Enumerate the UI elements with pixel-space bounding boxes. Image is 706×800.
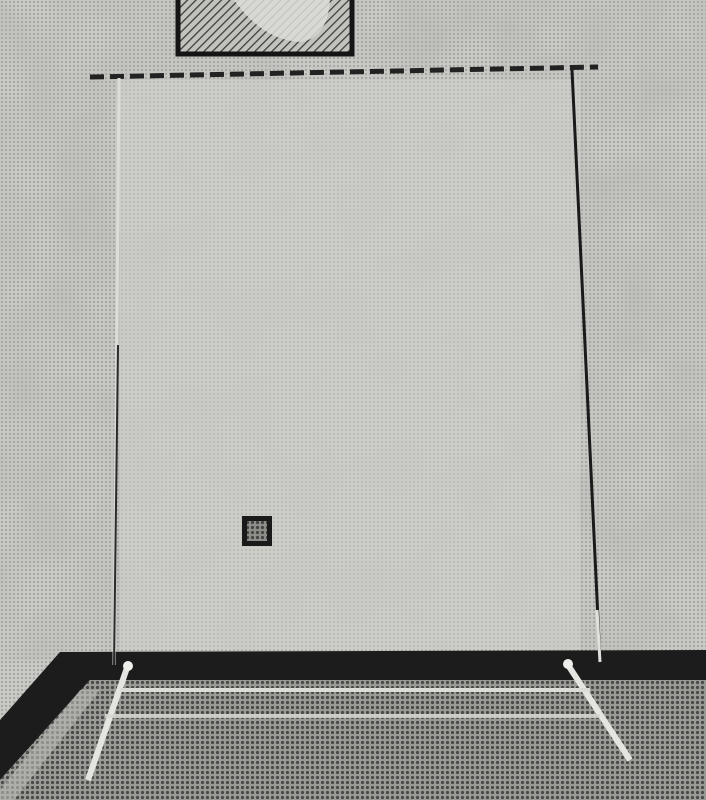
wall-outlet (242, 516, 272, 546)
floor (0, 680, 706, 800)
photo-scene (0, 0, 706, 800)
scene-drawing (0, 0, 706, 800)
framed-picture (178, 0, 352, 54)
